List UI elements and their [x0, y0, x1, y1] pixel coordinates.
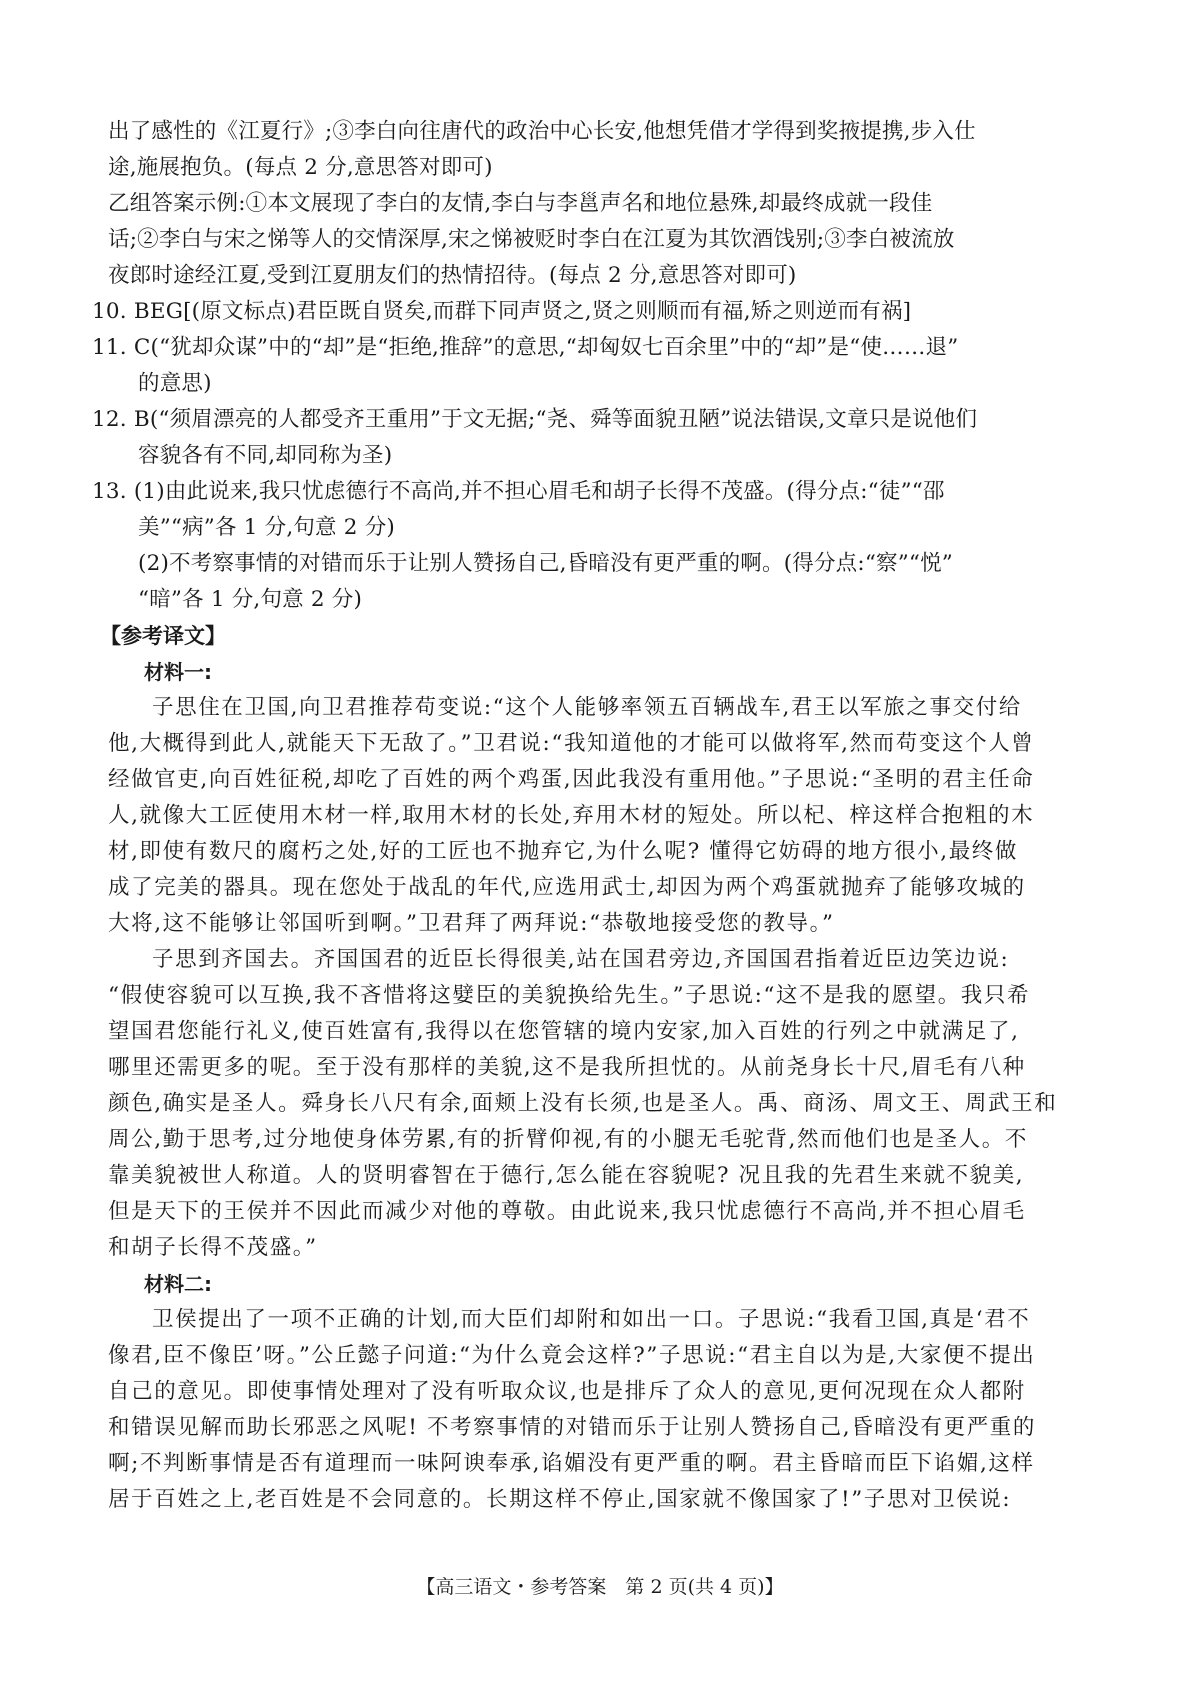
answer-section: 出了感性的《江夏行》;③李白向往唐代的政治中心长安,他想凭借才学得到奖掖提携,步… — [108, 114, 1098, 618]
material-two-paragraph-1: 卫侯提出了一项不正确的计划,而大臣们却附和如出一口。子思说:“我看卫国,真是‘君… — [100, 1302, 1090, 1518]
text-line: 颜色,确实是圣人。舜身长八尺有余,面颊上没有长须,也是圣人。禹、商汤、周文王、周… — [108, 1086, 1090, 1122]
text-line: 子思住在卫国,向卫君推荐苟变说:“这个人能够率领五百辆战车,君王以军旅之事交付给 — [108, 690, 1090, 726]
text-line: 经做官吏,向百姓征税,却吃了百姓的两个鸡蛋,因此我没有重用他。”子思说:“圣明的… — [108, 762, 1090, 798]
text-line: 子思到齐国去。齐国国君的近臣长得很美,站在国君旁边,齐国国君指着近臣边笑边说: — [108, 942, 1090, 978]
answer-q13-part2: (2)不考察事情的对错而乐于让别人赞扬自己,昏暗没有更严重的啊。(得分点:“察”… — [108, 546, 1098, 582]
text-line: 周公,勤于思考,过分地使身体劳累,有的折臂仰视,有的小腿无毛驼背,然而他们也是圣… — [108, 1122, 1090, 1158]
text-line: 靠美貌被世人称道。人的贤明睿智在于德行,怎么能在容貌呢? 况且我的先君生来就不貌… — [108, 1158, 1090, 1194]
text-line: 哪里还需更多的呢。至于没有那样的美貌,这不是我所担忧的。从前尧身长十尺,眉毛有八… — [108, 1050, 1090, 1086]
text-line: 大将,这不能够让邻国听到啊。”卫君拜了两拜说:“恭敬地接受您的教导。” — [108, 906, 1090, 942]
group-b-answer-line: 夜郎时途经江夏,受到江夏朋友们的热情招待。(每点 2 分,意思答对即可) — [108, 258, 1098, 294]
group-b-answer-line: 话;②李白与宋之悌等人的交情深厚,宋之悌被贬时李白在江夏为其饮酒饯别;③李白被流… — [108, 222, 1098, 258]
text-line: 和胡子长得不茂盛。” — [108, 1230, 1090, 1266]
text-line: 和错误见解而助长邪恶之风呢! 不考察事情的对错而乐于让别人赞扬自己,昏暗没有更严… — [108, 1410, 1090, 1446]
group-b-answer-line: 乙组答案示例:①本文展现了李白的友情,李白与李邕声名和地位悬殊,却最终成就一段佳 — [108, 186, 1098, 222]
text-line: 他,大概得到此人,就能天下无敌了。”卫君说:“我知道他的才能可以做将军,然而苟变… — [108, 726, 1090, 762]
text-line: 自己的意见。即使事情处理对了没有听取众议,也是排斥了众人的意见,更何况现在众人都… — [108, 1374, 1090, 1410]
translation-section: 【参考译文】 材料一: 子思住在卫国,向卫君推荐苟变说:“这个人能够率领五百辆战… — [100, 618, 1090, 1518]
answer-continuation-line: 途,施展抱负。(每点 2 分,意思答对即可) — [108, 150, 1098, 186]
material-one-paragraph-1: 子思住在卫国,向卫君推荐苟变说:“这个人能够率领五百辆战车,君王以军旅之事交付给… — [100, 690, 1090, 942]
text-line: 居于百姓之上,老百姓是不会同意的。长期这样不停止,国家就不像国家了!”子思对卫侯… — [108, 1482, 1090, 1518]
answer-q13-part2-continued: “暗”各 1 分,句意 2 分) — [108, 582, 1098, 618]
material-one-title: 材料一: — [100, 654, 1090, 690]
text-line: 材,即使有数尺的腐朽之处,好的工匠也不抛弃它,为什么呢? 懂得它妨碍的地方很小,… — [108, 834, 1090, 870]
answer-q11: 11. C(“犹却众谋”中的“却”是“拒绝,推辞”的意思,“却匈奴七百余里”中的… — [92, 330, 1098, 366]
answer-q11-continued: 的意思) — [108, 366, 1098, 402]
text-line: 人,就像大工匠使用木材一样,取用木材的长处,弃用木材的短处。所以杞、梓这样合抱粗… — [108, 798, 1090, 834]
text-line: 啊;不判断事情是否有道理而一味阿谀奉承,谄媚没有更严重的啊。君主昏暗而臣下谄媚,… — [108, 1446, 1090, 1482]
material-one-paragraph-2: 子思到齐国去。齐国国君的近臣长得很美,站在国君旁边,齐国国君指着近臣边笑边说: … — [100, 942, 1090, 1266]
answer-q13-part1-continued: 美”“病”各 1 分,句意 2 分) — [108, 510, 1098, 546]
text-line: 成了完美的器具。现在您处于战乱的年代,应选用武士,却因为两个鸡蛋就抛弃了能够攻城… — [108, 870, 1090, 906]
text-line: 但是天下的王侯并不因此而减少对他的尊敬。由此说来,我只忧虑德行不高尚,并不担心眉… — [108, 1194, 1090, 1230]
answer-q10: 10. BEG[(原文标点)君臣既自贤矣,而群下同声贤之,贤之则顺而有福,矫之则… — [92, 294, 1098, 330]
section-title-reference-translation: 【参考译文】 — [100, 618, 1090, 654]
answer-q13-part1: 13. (1)由此说来,我只忧虑德行不高尚,并不担心眉毛和胡子长得不茂盛。(得分… — [92, 474, 1098, 510]
material-two-title: 材料二: — [100, 1266, 1090, 1302]
text-line: “假使容貌可以互换,我不吝惜将这嬖臣的美貌换给先生。”子思说:“这不是我的愿望。… — [108, 978, 1090, 1014]
answer-continuation-line: 出了感性的《江夏行》;③李白向往唐代的政治中心长安,他想凭借才学得到奖掖提携,步… — [108, 114, 1098, 150]
page-footer: 【高三语文・参考答案 第 2 页(共 4 页)】 — [0, 1572, 1200, 1602]
text-line: 望国君您能行礼义,使百姓富有,我得以在您管辖的境内安家,加入百姓的行列之中就满足… — [108, 1014, 1090, 1050]
document-page: 出了感性的《江夏行》;③李白向往唐代的政治中心长安,他想凭借才学得到奖掖提携,步… — [0, 0, 1200, 1687]
answer-q12: 12. B(“须眉漂亮的人都受齐王重用”于文无据;“尧、舜等面貌丑陋”说法错误,… — [92, 402, 1098, 438]
answer-q12-continued: 容貌各有不同,却同称为圣) — [108, 438, 1098, 474]
text-line: 像君,臣不像臣’呀。”公丘懿子问道:“为什么竟会这样?”子思说:“君主自以为是,… — [108, 1338, 1090, 1374]
text-line: 卫侯提出了一项不正确的计划,而大臣们却附和如出一口。子思说:“我看卫国,真是‘君… — [108, 1302, 1090, 1338]
